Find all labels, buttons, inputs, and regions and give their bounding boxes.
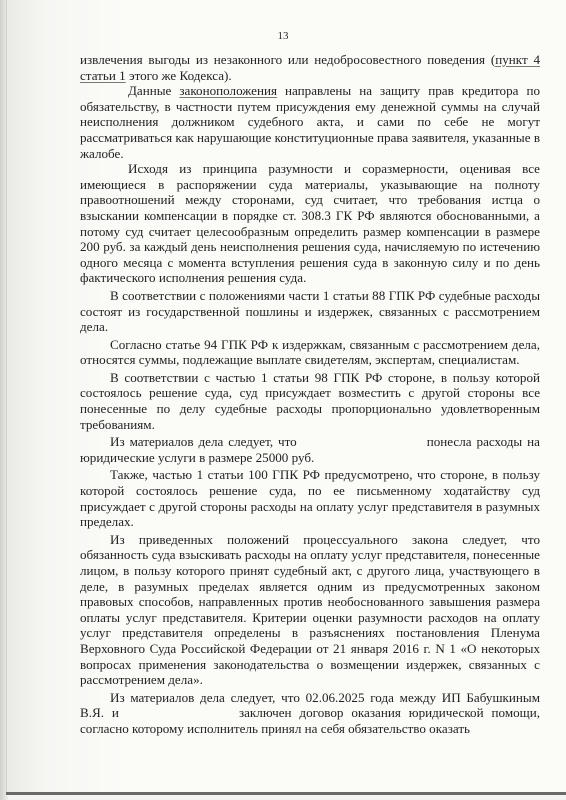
document-body: извлечения выгоды из незаконного или нед… <box>80 52 540 737</box>
paragraph-text: Из материалов дела следует, что <box>110 434 297 449</box>
paragraph-article-88: В соответствии с положениями части 1 ста… <box>80 288 540 335</box>
paragraph-procedural-law: Из приведенных положений процессуального… <box>80 532 540 688</box>
page-number: 13 <box>0 30 566 42</box>
paragraph-text: заключен договор оказания юридической по… <box>80 705 540 736</box>
law-provisions-link[interactable]: законоположения <box>179 83 277 98</box>
paragraph-legal-provisions: Данные законоположения направлены на защ… <box>80 83 540 161</box>
paragraph-article-100: Также, частью 1 статьи 100 ГПК РФ предус… <box>80 467 540 529</box>
paragraph-legal-expenses: Из материалов дела следует, чтопонесла р… <box>80 434 540 465</box>
paragraph-text: Данные <box>128 83 179 98</box>
paragraph-contract: Из материалов дела следует, что 02.06.20… <box>80 690 540 737</box>
paragraph-compensation: Исходя из принципа разумности и соразмер… <box>80 161 540 286</box>
paragraph-continuation: извлечения выгоды из незаконного или нед… <box>80 52 540 83</box>
paragraph-text: этого же Кодекса). <box>126 68 232 83</box>
paragraph-article-98: В соответствии с частью 1 статьи 98 ГПК … <box>80 370 540 432</box>
paragraph-text: извлечения выгоды из незаконного или нед… <box>80 52 495 67</box>
paragraph-article-94: Согласно статье 94 ГПК РФ к издержкам, с… <box>80 337 540 368</box>
